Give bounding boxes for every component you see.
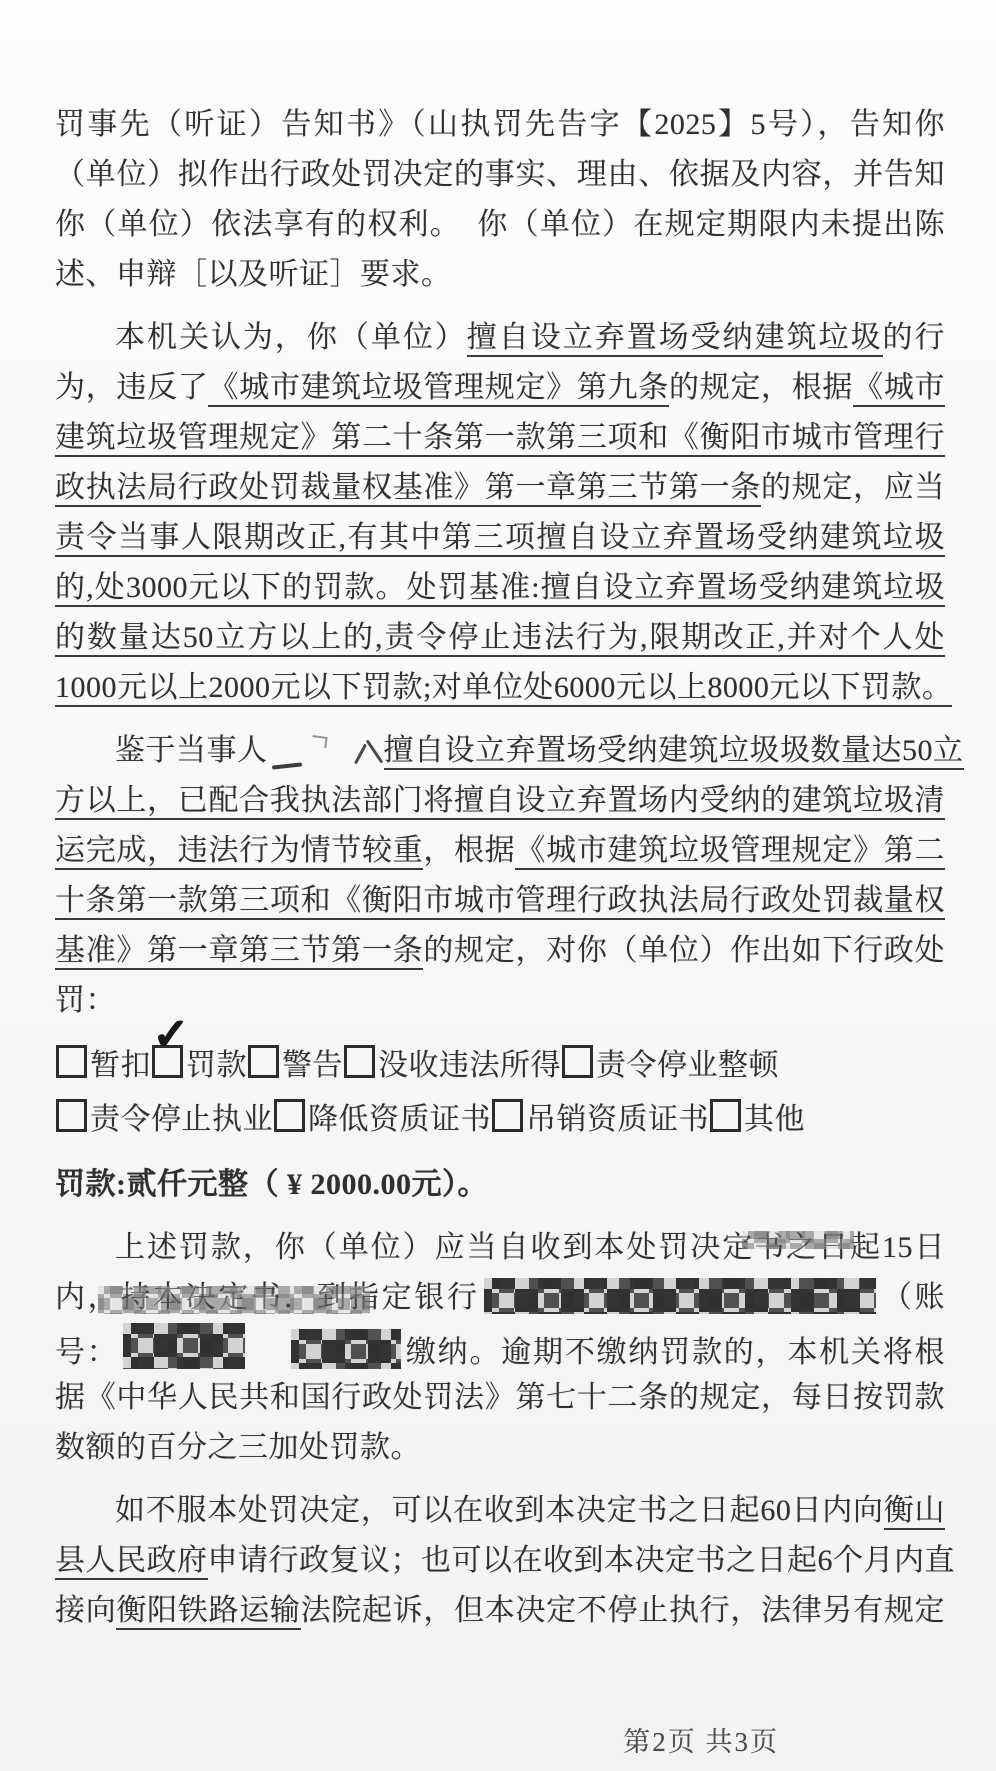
underlined-text: 的,处3000元以下的罚款。处罚基准:擅自设立弃置场受纳建筑垃圾 [55,571,945,607]
text-run: 号： [55,1336,119,1369]
paragraph: 如不服本处罚决定，可以在收到本决定书之日起60日内向衡山县人民政府申请行政复议；… [55,1486,945,1636]
text-run: （单位）拟作出行政处罚决定的事实、理由、依据及内容，并告知 [55,158,945,191]
doc-line: 你（单位）依法享有的权利。 你（单位）在规定期限内未提出陈 [55,200,945,250]
underlined-text: 方以上，已配合我执法部门将擅自设立弃置场内受纳的建筑垃圾清 [55,784,945,820]
checkbox-checked-icon [152,1045,183,1078]
doc-line: 据《中华人民共和国行政处罚法》第七十二条的规定，每日按罚款 [55,1373,945,1423]
text-run: 鉴于当事人 [115,734,268,767]
text-run: 据《中华人民共和国行政处罚法》第七十二条的规定，每日按罚款 [55,1381,945,1414]
text-run: 的规定，应当 [761,471,945,504]
doc-line: 责令当事人限期改正,有其中第三项擅自设立弃置场受纳建筑垃圾 [55,513,945,563]
page-footer: 第2页 共3页 [55,1720,945,1759]
document-page: 罚事先（听证）告知书》（山执罚先告字【2025】5号），告知你（单位）拟作出行政… [0,0,996,1771]
checkbox-empty-icon [492,1099,523,1132]
underlined-text: 《城市建筑垃圾管理规定》第九条 [208,371,668,407]
paragraph: 暂扣罚款警告没收违法所得责令停业整顿责令停止执业降低资质证书吊销资质证书其他 [55,1039,945,1147]
checkbox-empty-icon [710,1099,741,1132]
doc-line: 为，违反了《城市建筑垃圾管理规定》第九条的规定，根据《城市 [55,363,945,413]
underlined-text: 责令当事人限期改正,有其中第三项擅自设立弃置场受纳建筑垃圾 [55,521,945,557]
redaction-mosaic [484,1278,876,1314]
text-run: 罚事先（听证）告知书》（山执罚先告字【2025】5号），告知你 [55,108,945,141]
text-run: 的规定，根据 [669,371,853,404]
doc-line: 数额的百分之三加处罚款。 [55,1423,945,1473]
checkbox-empty-icon [344,1045,375,1078]
text-run: 暂扣 [90,1049,151,1082]
doc-line: 罚事先（听证）告知书》（山执罚先告字【2025】5号），告知你 [55,100,945,150]
doc-line: （单位）拟作出行政处罚决定的事实、理由、依据及内容，并告知 [55,150,945,200]
text-run: 的行 [883,321,945,354]
underlined-text: 十条第一款第三项和《衡阳市城市管理行政执法局行政处罚裁量权 [55,884,945,920]
erased-stroke [354,744,367,765]
erased-stroke [271,762,301,769]
doc-line: 接向衡阳铁路运输法院起诉，但本决定不停止执行，法律另有规定 [55,1586,945,1636]
paragraph: 上述罚款，你（单位）应当自收到本处罚决定书之日起15日内，持本决定书．到指定银行… [55,1223,945,1473]
redaction-artifact [98,1286,370,1314]
doc-line: 运完成，违法行为情节较重，根据《城市建筑垃圾管理规定》第二 [55,826,945,876]
document-body: 罚事先（听证）告知书》（山执罚先告字【2025】5号），告知你（单位）拟作出行政… [55,100,945,1636]
text-run: 接向 [55,1594,116,1627]
doc-line: 暂扣罚款警告没收违法所得责令停业整顿 [55,1039,945,1093]
doc-line: 方以上，已配合我执法部门将擅自设立弃置场内受纳的建筑垃圾清 [55,776,945,826]
doc-line: 的数量达50立方以上的,责令停止违法行为,限期改正,并对个人处 [55,613,945,663]
text-run: 法院起诉，但本决定不停止执行，法律另有规定 [301,1594,945,1627]
underlined-text: 的数量达50立方以上的,责令停止违法行为,限期改正,并对个人处 [55,621,945,657]
text-run: 警告 [282,1049,343,1082]
paragraph: 鉴于当事人擅自设立弃置场受纳建筑垃圾圾数量达50立方以上，已配合我执法部门将擅自… [55,726,945,1026]
checkbox-empty-icon [56,1099,87,1132]
paragraph: 罚事先（听证）告知书》（山执罚先告字【2025】5号），告知你（单位）拟作出行政… [55,100,945,300]
doc-line: 县人民政府申请行政复议；也可以在收到本决定书之日起6个月内直 [55,1536,945,1586]
checkbox-empty-icon [248,1045,279,1078]
underlined-text: 建筑垃圾管理规定》第二十条第一款第三项和《衡阳市城市管理行 [55,421,945,457]
text-run: 其他 [744,1103,805,1136]
text-run: 责令停业整顿 [596,1049,779,1082]
doc-line: 建筑垃圾管理规定》第二十条第一款第三项和《衡阳市城市管理行 [55,413,945,463]
page-number: 第2页 共3页 [623,1727,779,1757]
doc-line: 十条第一款第三项和《衡阳市城市管理行政执法局行政处罚裁量权 [55,876,945,926]
text-run: 吊销资质证书 [526,1103,709,1136]
doc-line: 述、申辩［以及听证］要求。 [55,250,945,300]
erased-stroke [365,739,383,763]
doc-line: 基准》第一章第三节第一条的规定，对你（单位）作出如下行政处 [55,926,945,976]
underlined-text: 擅自设立弃置场受纳建筑垃圾 [467,321,883,357]
text-run: 罚： [55,984,116,1017]
doc-line: 鉴于当事人擅自设立弃置场受纳建筑垃圾圾数量达50立 [55,726,945,776]
underlined-text: 政执法局行政处罚裁量权基准》第一章第三节第一条 [55,471,761,507]
checkbox-empty-icon [562,1045,593,1078]
checkbox-empty-icon [274,1099,305,1132]
doc-line: 1000元以上2000元以下罚款;对单位处6000元以上8000元以下罚款。 [55,663,945,713]
text-run: 罚款:贰仟元整（ ¥ 2000.00元）。 [55,1168,488,1201]
text-run: 本机关认为，你（单位） [115,321,467,354]
text-run: 为，违反了 [55,371,208,404]
doc-line: 本机关认为，你（单位）擅自设立弃置场受纳建筑垃圾的行 [55,313,945,363]
text-run: 如不服本处罚决定，可以在收到本决定书之日起60日内向 [115,1494,884,1527]
doc-line: 政执法局行政处罚裁量权基准》第一章第三节第一条的规定，应当 [55,463,945,513]
underlined-text: 运完成，违法行为情节较重 [55,834,423,870]
doc-line: 如不服本处罚决定，可以在收到本决定书之日起60日内向衡山 [55,1486,945,1536]
underlined-text: 县人民政府 [55,1544,208,1580]
underlined-text: 《城市 [853,371,945,407]
erased-name-gap [270,732,382,768]
redaction-artifact [742,1231,854,1249]
redaction-mosaic [291,1329,401,1369]
text-run: 没收违法所得 [378,1049,561,1082]
redaction-mosaic [123,1323,245,1369]
doc-line: 罚款:贰仟元整（ ¥ 2000.00元）。 [55,1160,945,1210]
doc-line: 的,处3000元以下的罚款。处罚基准:擅自设立弃置场受纳建筑垃圾 [55,563,945,613]
paragraph: 本机关认为，你（单位）擅自设立弃置场受纳建筑垃圾的行为，违反了《城市建筑垃圾管理… [55,313,945,713]
doc-line: 责令停止执业降低资质证书吊销资质证书其他 [55,1093,945,1147]
text-run: 数额的百分之三加处罚款。 [55,1431,421,1464]
text-run: 述、申辩［以及听证］要求。 [55,258,452,291]
checkbox-empty-icon [56,1045,87,1078]
underlined-text: 《城市建筑垃圾管理规定》第二 [515,834,945,870]
text-run: 的规定，对你（单位）作出如下行政处 [423,934,945,967]
text-run: 缴纳。逾期不缴纳罚款的，本机关将根 [405,1336,945,1369]
text-run: 你（单位）依法享有的权利。 你（单位）在规定期限内未提出陈 [55,208,945,241]
underlined-text: 1000元以上2000元以下罚款;对单位处6000元以上8000元以下罚款。 [55,671,952,707]
underlined-text: 擅自设立弃置场受纳建筑垃圾圾数量达50立 [384,734,964,770]
text-run: 责令停止执业 [90,1103,273,1136]
underlined-text: 衡阳铁路运输 [116,1594,300,1630]
paragraph: 罚款:贰仟元整（ ¥ 2000.00元）。 [55,1160,945,1210]
text-run: 罚款 [186,1049,247,1082]
doc-line: 号：缴纳。逾期不缴纳罚款的，本机关将根 [55,1323,945,1373]
text-run: ，根据 [423,834,515,867]
erased-stroke [311,735,327,748]
underlined-text: 衡山 [884,1494,945,1530]
text-run: 申请行政复议；也可以在收到本决定书之日起6个月内直 [208,1544,956,1577]
underlined-text: 基准》第一章第三节第一条 [55,934,423,970]
text-run: （账 [880,1281,945,1314]
text-run: 降低资质证书 [308,1103,491,1136]
